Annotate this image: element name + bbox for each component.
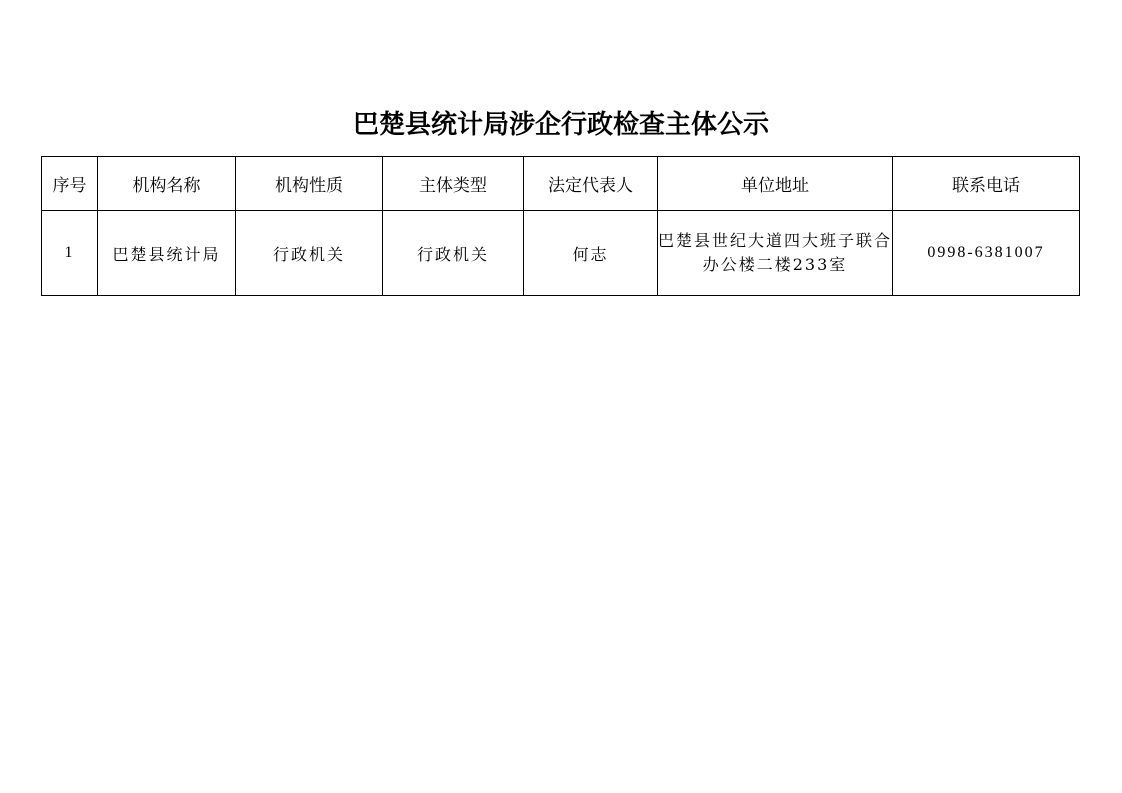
header-address: 单位地址	[658, 157, 893, 211]
header-org-nature: 机构性质	[236, 157, 383, 211]
document-title: 巴楚县统计局涉企行政检查主体公示	[0, 106, 1122, 144]
table-header-row: 序号 机构名称 机构性质 主体类型 法定代表人 单位地址 联系电话	[42, 157, 1080, 211]
header-legal-rep: 法定代表人	[524, 157, 658, 211]
cell-org-name: 巴楚县统计局	[98, 211, 236, 296]
header-org-name: 机构名称	[98, 157, 236, 211]
cell-legal-rep: 何志	[524, 211, 658, 296]
inspection-entity-table: 序号 机构名称 机构性质 主体类型 法定代表人 单位地址 联系电话 1 巴楚县统…	[41, 156, 1080, 296]
cell-entity-type: 行政机关	[383, 211, 524, 296]
cell-address: 巴楚县世纪大道四大班子联合办公楼二楼233室	[658, 211, 893, 296]
cell-phone: 0998-6381007	[893, 211, 1080, 296]
cell-org-nature: 行政机关	[236, 211, 383, 296]
header-index: 序号	[42, 157, 98, 211]
header-entity-type: 主体类型	[383, 157, 524, 211]
cell-index: 1	[42, 211, 98, 296]
header-phone: 联系电话	[893, 157, 1080, 211]
table-row: 1 巴楚县统计局 行政机关 行政机关 何志 巴楚县世纪大道四大班子联合办公楼二楼…	[42, 211, 1080, 296]
